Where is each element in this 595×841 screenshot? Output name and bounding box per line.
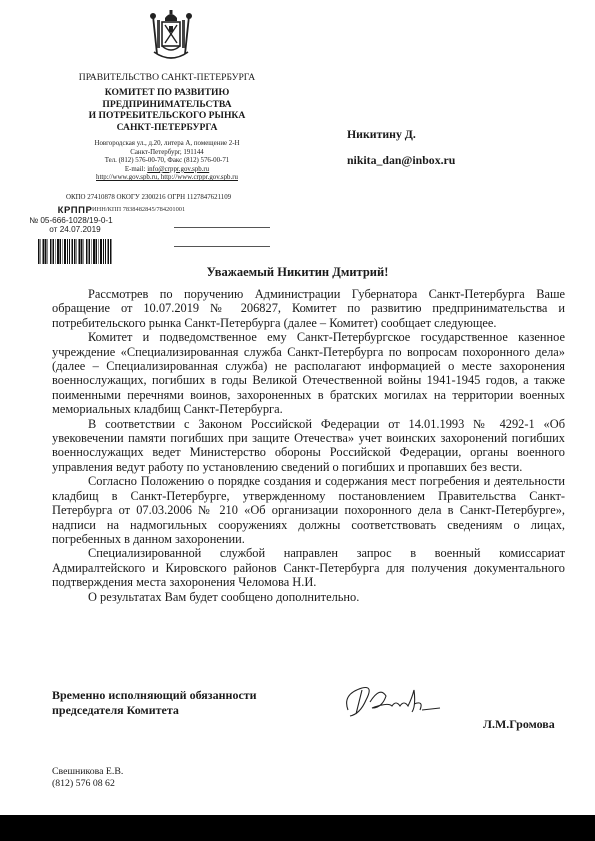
position-line: Временно исполняющий обязанности [52,688,257,703]
greeting: Уважаемый Никитин Дмитрий! [0,265,595,280]
paragraph: Рассмотрев по поручению Администрации Гу… [52,287,565,330]
committee-line: КОМИТЕТ ПО РАЗВИТИЮ [62,87,272,99]
signatory-position: Временно исполняющий обязанности председ… [52,688,257,717]
handwritten-signature-icon [340,680,450,720]
executor-info: Свешникова Е.В. (812) 576 08 62 [52,766,123,790]
executor-phone: (812) 576 08 62 [52,778,123,790]
paragraph: Комитет и подведомственное ему Санкт-Пет… [52,330,565,416]
position-line: председателя Комитета [52,703,257,718]
coat-of-arms-icon [148,10,194,64]
recipient-name: Никитину Д. [347,127,416,142]
website-links[interactable]: http://www.gov.spb.ru, http://www.crppr.… [96,174,238,181]
government-name: ПРАВИТЕЛЬСТВО САНКТ-ПЕТЕРБУРГА [62,72,272,83]
blank-line [174,246,270,247]
committee-address: Новгородская ул., д.20, литера А, помеще… [62,140,272,183]
address-email: E-mail: info@crppr.gov.spb.ru [62,166,272,175]
registry-codes: ОКПО 27410878 ОКОГУ 2300216 ОГРН 1127847… [66,194,286,201]
stamp-number: № 05-666-1028/19-0-1 [28,216,114,225]
committee-line: ПРЕДПРИНИМАТЕЛЬСТВА [62,99,272,111]
blank-line [174,227,270,228]
committee-name: КОМИТЕТ ПО РАЗВИТИЮ ПРЕДПРИНИМАТЕЛЬСТВА … [62,87,272,133]
paragraph: В соответствии с Законом Российской Феде… [52,417,565,475]
paragraph: Согласно Положению о порядке создания и … [52,474,565,546]
address-city: Санкт-Петербург, 191144 [62,149,272,158]
committee-line: И ПОТРЕБИТЕЛЬСКОГО РЫНКА [62,110,272,122]
committee-line: САНКТ-ПЕТЕРБУРГА [62,122,272,134]
paragraph: О результатах Вам будет сообщено дополни… [52,590,565,604]
recipient-email: nikita_dan@inbox.ru [347,153,455,168]
executor-name: Свешникова Е.В. [52,766,123,778]
address-street: Новгородская ул., д.20, литера А, помеще… [62,140,272,149]
signatory-name: Л.М.Громова [483,717,555,732]
stamp-date: от 24.07.2019 [36,225,114,234]
barcode [38,239,112,264]
stamp-org: КРППР [36,205,114,216]
letter-body: Рассмотрев по поручению Администрации Гу… [52,287,565,604]
email-link[interactable]: info@crppr.gov.spb.ru [147,166,209,173]
paragraph: Специализированной службой направлен зап… [52,546,565,589]
letter-page: ПРАВИТЕЛЬСТВО САНКТ-ПЕТЕРБУРГА КОМИТЕТ П… [0,0,595,815]
registration-stamp: КРППР № 05-666-1028/19-0-1 от 24.07.2019 [36,205,114,234]
address-phone-fax: Тел. (812) 576-00-70, Факс (812) 576-00-… [62,157,272,166]
